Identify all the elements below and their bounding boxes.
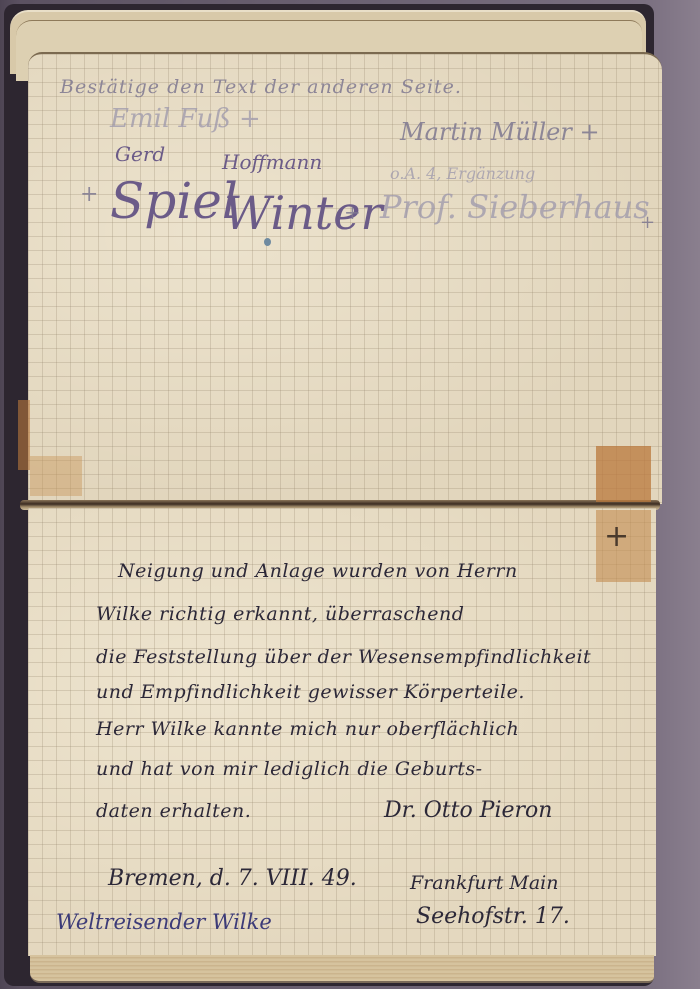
tape-strip-left: [18, 400, 30, 470]
signature-spiel: Spiel: [110, 172, 238, 230]
signature-hoffmann: Hoffmann: [222, 150, 322, 174]
plus-mark-icon: +: [80, 182, 98, 207]
address-street: Seehofstr. 17.: [416, 904, 570, 929]
signature-note: o.A. 4, Ergänzung: [390, 164, 535, 183]
ink-dot: [264, 238, 271, 246]
confirmation-line: Bestätige den Text der anderen Seite.: [60, 76, 462, 98]
address-city: Frankfurt Main: [410, 872, 558, 894]
plus-mark-icon: +: [604, 522, 629, 552]
signature-sieberhaus: Prof. Sieberhaus: [380, 188, 650, 226]
body-line-4: und Empfindlichkeit gewisser Körperteile…: [96, 681, 525, 703]
plus-mark-icon: +: [344, 200, 361, 224]
body-line-2: Wilke richtig erkannt, überraschend: [96, 603, 464, 625]
signature-martin: Martin Müller +: [400, 118, 600, 146]
tape-strip-right-top: [596, 446, 651, 502]
body-line-1: Neigung und Anlage wurden von Herrn: [118, 560, 518, 582]
author-signature: Dr. Otto Pieron: [384, 798, 552, 823]
body-line-3: die Feststellung über der Wesensempfindl…: [96, 646, 591, 668]
body-line-6: und hat von mir lediglich die Geburts-: [96, 758, 483, 780]
body-line-5: Herr Wilke kannte mich nur oberflächlich: [96, 718, 519, 740]
page-edges: [30, 955, 654, 983]
body-line-7: daten erhalten.: [96, 800, 251, 822]
plus-mark-icon: +: [640, 212, 655, 233]
stamp-note: Weltreisender Wilke: [56, 910, 272, 934]
tape-strip-left-mid: [30, 456, 82, 496]
signature-gerd: Gerd: [115, 142, 165, 166]
place-and-date: Bremen, d. 7. VIII. 49.: [108, 866, 357, 891]
signature-emil: Emil Fuß +: [110, 104, 261, 134]
